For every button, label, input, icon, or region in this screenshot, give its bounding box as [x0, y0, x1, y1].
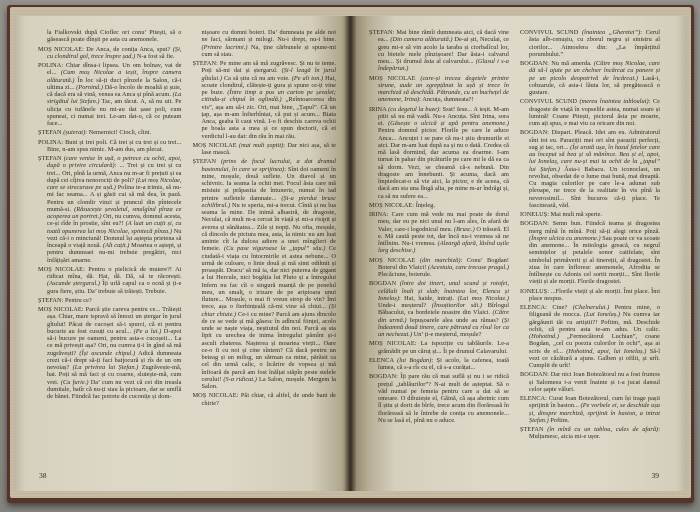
- text-column: la Fialkovski după Cioflec ori conu’ Pit…: [38, 29, 182, 465]
- dialogue-paragraph: IRINA: Care cum mă vede nu mai poate de …: [369, 211, 509, 255]
- dialogue-paragraph: ELENCA: Curat Ioan Botezătorul, cum își …: [520, 395, 660, 424]
- dialogue-paragraph: POLINA: Buni și trei poli. Că trei și cu…: [38, 139, 182, 154]
- page-left: la Fialkovski după Cioflec ori conu’ Pit…: [14, 16, 345, 491]
- dialogue-paragraph: MOȘ NICOLAE (din marchiză): Conu’ Bogdan…: [369, 257, 509, 279]
- dialogue-paragraph: ȘTEFAN: Pe mine am să mă zugrăvesc. Și n…: [193, 60, 337, 140]
- dialogue-paragraph: ȘTEFAN (prins de focul lucrului, a dat d…: [193, 158, 337, 390]
- dialogue-paragraph: CONVIVUL SCUND (înaintea „Gheretei”): Ce…: [520, 29, 660, 58]
- dialogue-paragraph: nișoare cu domni boieri. Da’ dumneata pe…: [193, 29, 337, 58]
- page-stack-edge: la Fialkovski după Cioflec ori conu’ Pit…: [10, 7, 691, 498]
- dialogue-paragraph: BOGDAN: Îți pare rău că mai suflă și nu …: [369, 373, 509, 424]
- page-number-right: 39: [652, 471, 660, 480]
- dialogue-paragraph: MOȘ NICOLAE: Parcă știe careva pentru ce…: [38, 306, 182, 400]
- text-column: CONVIVUL SCUND (înaintea „Gheretei”): Ce…: [520, 29, 660, 465]
- text-column: nișoare cu domni boieri. Da’ dumneata pe…: [193, 29, 337, 465]
- dialogue-paragraph: IRINA (cu degetul la buze): Ssst! Iese..…: [369, 106, 509, 200]
- dialogue-paragraph: ELENCA (lui Bogdan): Și acolo, la cafene…: [369, 357, 509, 372]
- dialogue-paragraph: MOȘ NICOLAE: La ispoziție cu tablăurile.…: [369, 340, 509, 355]
- dialogue-paragraph: BOGDAN: Nu mă amerda. (Către moș Nicolae…: [520, 60, 660, 96]
- dialogue-paragraph: ȘTEFAN: Pentru ce?: [38, 297, 182, 304]
- dialogue-paragraph: MOȘ NICOLAE: Pentru o pielicică de muier…: [38, 266, 182, 295]
- open-book-spread: la Fialkovski după Cioflec ori conu’ Pit…: [14, 16, 687, 491]
- dialogue-paragraph: MOȘ NICOLAE (mai mult șoptit): Dar nici …: [193, 142, 337, 157]
- book-cover: la Fialkovski după Cioflec ori conu’ Pit…: [7, 5, 694, 503]
- page-left-text-area: la Fialkovski după Cioflec ori conu’ Pit…: [38, 29, 336, 465]
- dialogue-paragraph: BOGDAN (între doi tineri, unul scund și …: [369, 280, 509, 338]
- dialogue-paragraph: BOGDAN: Dispari. Pleacă. Idei am eu. Adm…: [520, 129, 660, 209]
- dialogue-paragraph: MOȘ NICOLAE: Păi chiar, că altfel, de un…: [193, 392, 337, 407]
- dialogue-paragraph: la Fialkovski după Cioflec ori conu’ Pit…: [38, 29, 182, 44]
- page-right: ȘTEFAN: Mai bine rămîi dumneata aici, că…: [356, 16, 687, 491]
- dialogue-paragraph: MOȘ NICOLAE: Înțeleg.: [369, 202, 509, 209]
- dialogue-paragraph: POLINA: Chiar dînsa-i lipsea. Un om boln…: [38, 62, 182, 127]
- dialogue-paragraph: ȘTEFAN: Mai bine rămîi dumneata aici, că…: [369, 29, 509, 73]
- text-column: ȘTEFAN: Mai bine rămîi dumneata aici, că…: [369, 29, 509, 465]
- dialogue-paragraph: MOȘ NICOLAE (care-și trecea degetele pri…: [369, 75, 509, 104]
- dialogue-paragraph: ȘTEFAN (în mînă cu un tablou, cules de a…: [520, 426, 660, 441]
- dialogue-paragraph: ȘTEFAN (șuierat): Nemernici! Ciocli, cîi…: [38, 129, 182, 136]
- dialogue-paragraph: ȘTEFAN (care venise în ușă, o petrece cu…: [38, 155, 182, 264]
- dialogue-paragraph: ELENCA: Cine? (Chelnerului.) Pentru mine…: [520, 304, 660, 369]
- dialogue-paragraph: MOȘ NICOLAE: De Anca, de conița Anca, sp…: [38, 46, 182, 61]
- dialogue-paragraph: BOGDAN: Dar nici Ioan Botezătorul nu a f…: [520, 371, 660, 393]
- book-spine-gutter: [345, 16, 356, 491]
- dialogue-paragraph: IONELUȘ: Mai mult mă sperie.: [520, 211, 660, 218]
- dialogue-paragraph: CONVIVUL SCUND (mereu înaintea tabloului…: [520, 98, 660, 127]
- dialogue-paragraph: IONELUȘ: ...Florile vieții și ale morții…: [520, 288, 660, 303]
- dialogue-paragraph: BOGDAN: Semn bun. Fiindcă teama și drago…: [520, 220, 660, 285]
- page-right-text-area: ȘTEFAN: Mai bine rămîi dumneata aici, că…: [369, 29, 660, 465]
- book-scan: la Fialkovski după Cioflec ori conu’ Pit…: [0, 0, 700, 512]
- page-number-left: 38: [39, 471, 47, 480]
